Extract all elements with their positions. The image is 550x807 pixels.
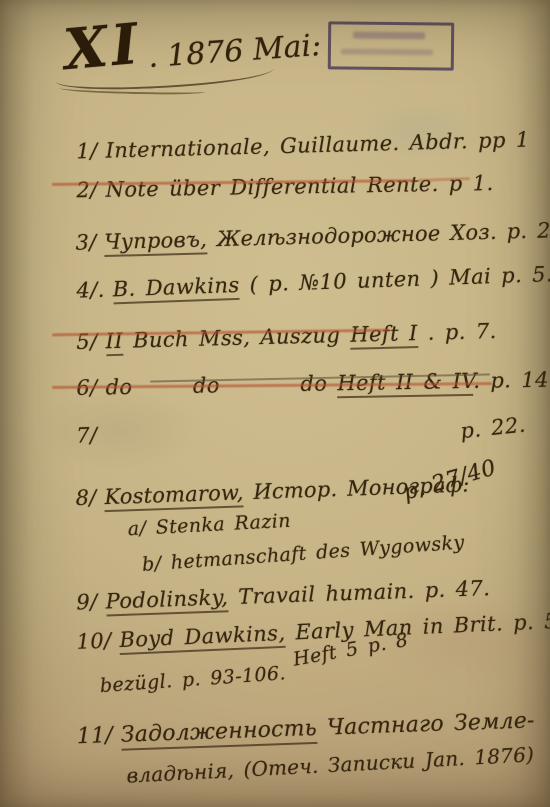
page-reference: p. 22. (459, 413, 527, 444)
entry-number: 7/ (76, 423, 106, 448)
archive-stamp (328, 21, 454, 70)
manuscript-page: XI . 1876 Mai: 1/Internationale, Guillau… (0, 0, 550, 807)
subnote-text: Heft 5 p. 8 (291, 629, 409, 671)
stamp-text-smudge (353, 32, 425, 40)
stamp-text-smudge (341, 48, 433, 55)
header-underline-second (60, 85, 205, 96)
entry-text: ( p. №10 unten ) Mai p. 5. (239, 262, 550, 297)
entry-author-underlined: B. Dawkins (112, 273, 240, 304)
entry-number: 3/ (75, 230, 104, 255)
continuation-text: владѣнія, (Отеч. Записки Jan. 1876) (126, 742, 535, 787)
entry-number: 10/ (76, 628, 120, 654)
entry-text-tail: . p. 7. (417, 319, 497, 345)
entry-number: 4/. (76, 277, 113, 302)
